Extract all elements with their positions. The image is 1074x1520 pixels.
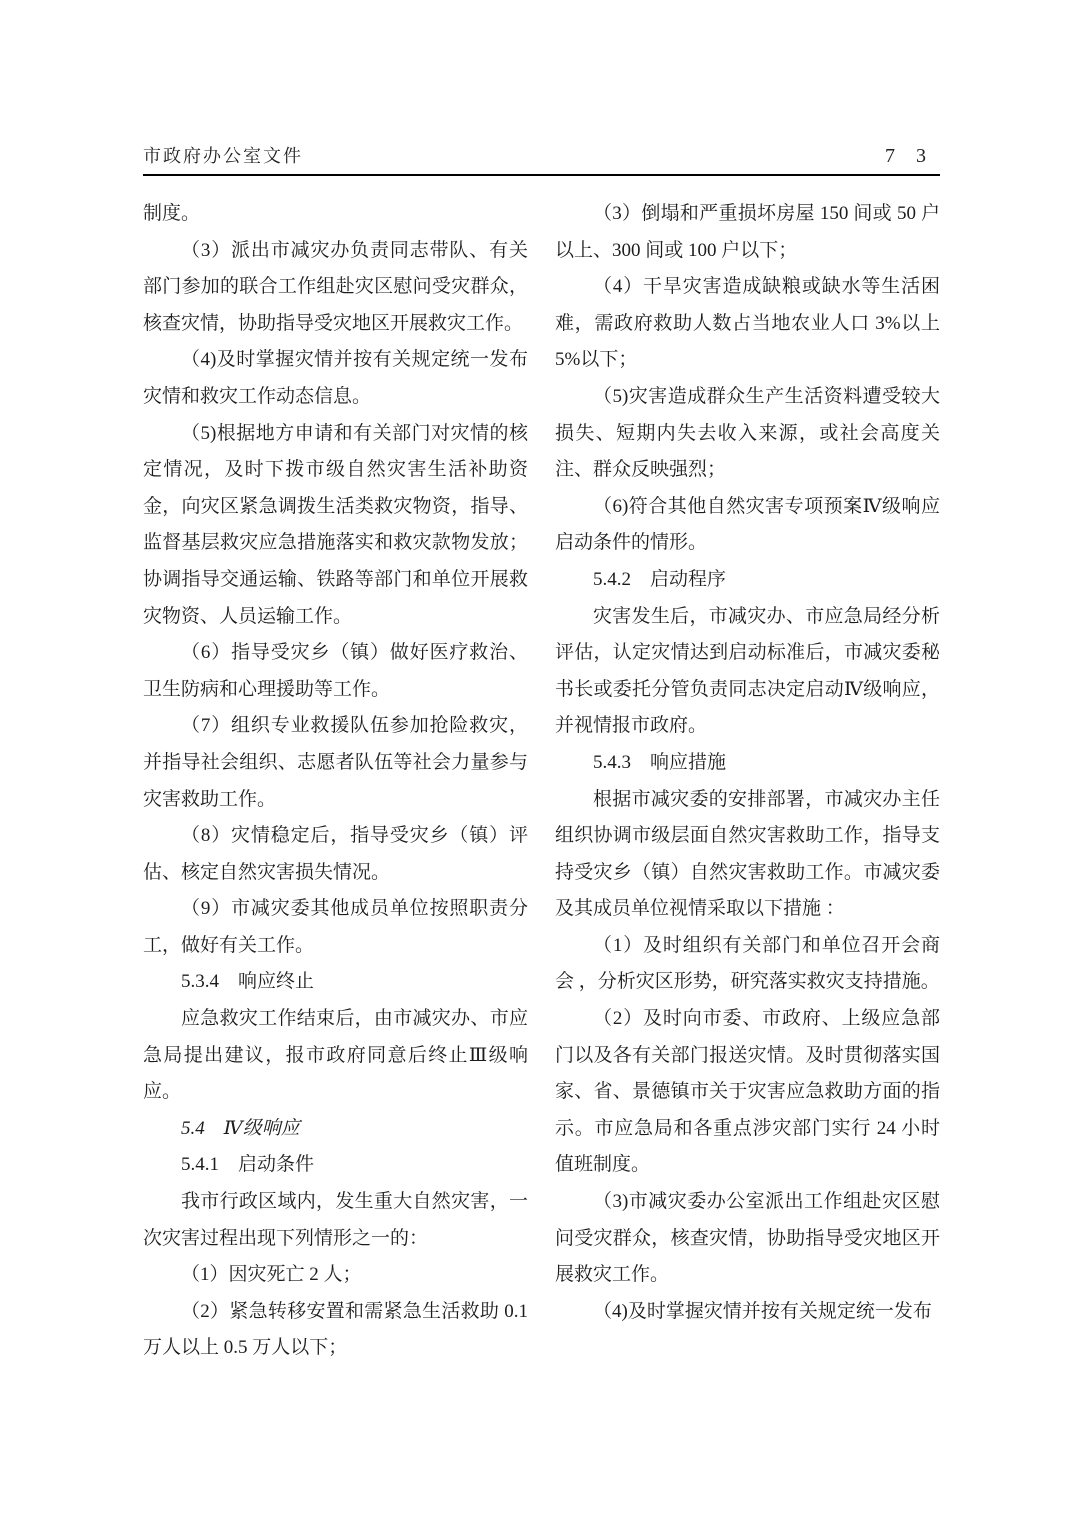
section-heading-5-4-3: 5.4.3 响应措施 bbox=[555, 745, 940, 782]
right-column: （3）倒塌和严重损坏房屋 150 间或 50 户以上、300 间或 100 户以… bbox=[555, 196, 940, 1367]
paragraph: 灾害发生后，市减灾办、市应急局经分析评估，认定灾情达到启动标准后，市减灾委秘书长… bbox=[555, 599, 940, 745]
document-page: 市政府办公室文件 7 3 制度。 （3）派出市减灾办负责同志带队、有关部门参加的… bbox=[0, 0, 1074, 1520]
paragraph: （8）灾情稳定后，指导受灾乡（镇）评估、核定自然灾害损失情况。 bbox=[143, 818, 528, 891]
paragraph: （5)灾害造成群众生产生活资料遭受较大损失、短期内失去收入来源，或社会高度关注、… bbox=[555, 379, 940, 489]
section-heading-5-3-4: 5.3.4 响应终止 bbox=[143, 964, 528, 1001]
paragraph: （4）干旱灾害造成缺粮或缺水等生活困难，需政府救助人数占当地农业人口 3%以上 … bbox=[555, 269, 940, 379]
two-column-body: 制度。 （3）派出市减灾办负责同志带队、有关部门参加的联合工作组赴灾区慰问受灾群… bbox=[143, 196, 940, 1367]
section-heading-5-4: 5.4 Ⅳ级响应 bbox=[143, 1111, 528, 1148]
paragraph-continues-next-page: （4)及时掌握灾情并按有关规定统一发布 bbox=[555, 1294, 940, 1331]
left-column: 制度。 （3）派出市减灾办负责同志带队、有关部门参加的联合工作组赴灾区慰问受灾群… bbox=[143, 196, 528, 1367]
section-heading-5-4-1: 5.4.1 启动条件 bbox=[143, 1147, 528, 1184]
paragraph: （6)符合其他自然灾害专项预案Ⅳ级响应启动条件的情形。 bbox=[555, 489, 940, 562]
section-heading-5-4-2: 5.4.2 启动程序 bbox=[555, 562, 940, 599]
header-rule bbox=[143, 174, 940, 176]
paragraph: （1）及时组织有关部门和单位召开会商会 ，分析灾区形势，研究落实救灾支持措施。 bbox=[555, 928, 940, 1001]
paragraph: （7）组织专业救援队伍参加抢险救灾，并指导社会组织、志愿者队伍等社会力量参与灾害… bbox=[143, 708, 528, 818]
paragraph: （9）市减灾委其他成员单位按照职责分工，做好有关工作。 bbox=[143, 891, 528, 964]
header-doc-label: 市政府办公室文件 bbox=[143, 142, 303, 168]
page-number: 7 3 bbox=[885, 145, 940, 168]
page-header: 市政府办公室文件 7 3 bbox=[143, 142, 940, 168]
paragraph: 根据市减灾委的安排部署，市减灾办主任组织协调市级层面自然灾害救助工作，指导支持受… bbox=[555, 782, 940, 928]
paragraph: （3）派出市减灾办负责同志带队、有关部门参加的联合工作组赴灾区慰问受灾群众，核查… bbox=[143, 233, 528, 343]
paragraph-continuation: 制度。 bbox=[143, 196, 528, 233]
paragraph: 应急救灾工作结束后，由市减灾办、市应急局提出建议，报市政府同意后终止Ⅲ级响应。 bbox=[143, 1001, 528, 1111]
paragraph: （2）及时向市委、市政府、上级应急部门以及各有关部门报送灾情。及时贯彻落实国家、… bbox=[555, 1001, 940, 1184]
paragraph: 我市行政区域内，发生重大自然灾害，一次灾害过程出现下列情形之一的： bbox=[143, 1184, 528, 1257]
paragraph: （3）倒塌和严重损坏房屋 150 间或 50 户以上、300 间或 100 户以… bbox=[555, 196, 940, 269]
paragraph: （3)市减灾委办公室派出工作组赴灾区慰问受灾群众，核查灾情，协助指导受灾地区开展… bbox=[555, 1184, 940, 1294]
paragraph: （2）紧急转移安置和需紧急生活救助 0.1 万人以上 0.5 万人以下； bbox=[143, 1294, 528, 1367]
paragraph: （5)根据地方申请和有关部门对灾情的核定情况，及时下拨市级自然灾害生活补助资金，… bbox=[143, 416, 528, 636]
paragraph: （1）因灾死亡 2 人； bbox=[143, 1257, 528, 1294]
paragraph: （6）指导受灾乡（镇）做好医疗救治、卫生防病和心理援助等工作。 bbox=[143, 635, 528, 708]
paragraph: （4)及时掌握灾情并按有关规定统一发布灾情和救灾工作动态信息。 bbox=[143, 342, 528, 415]
